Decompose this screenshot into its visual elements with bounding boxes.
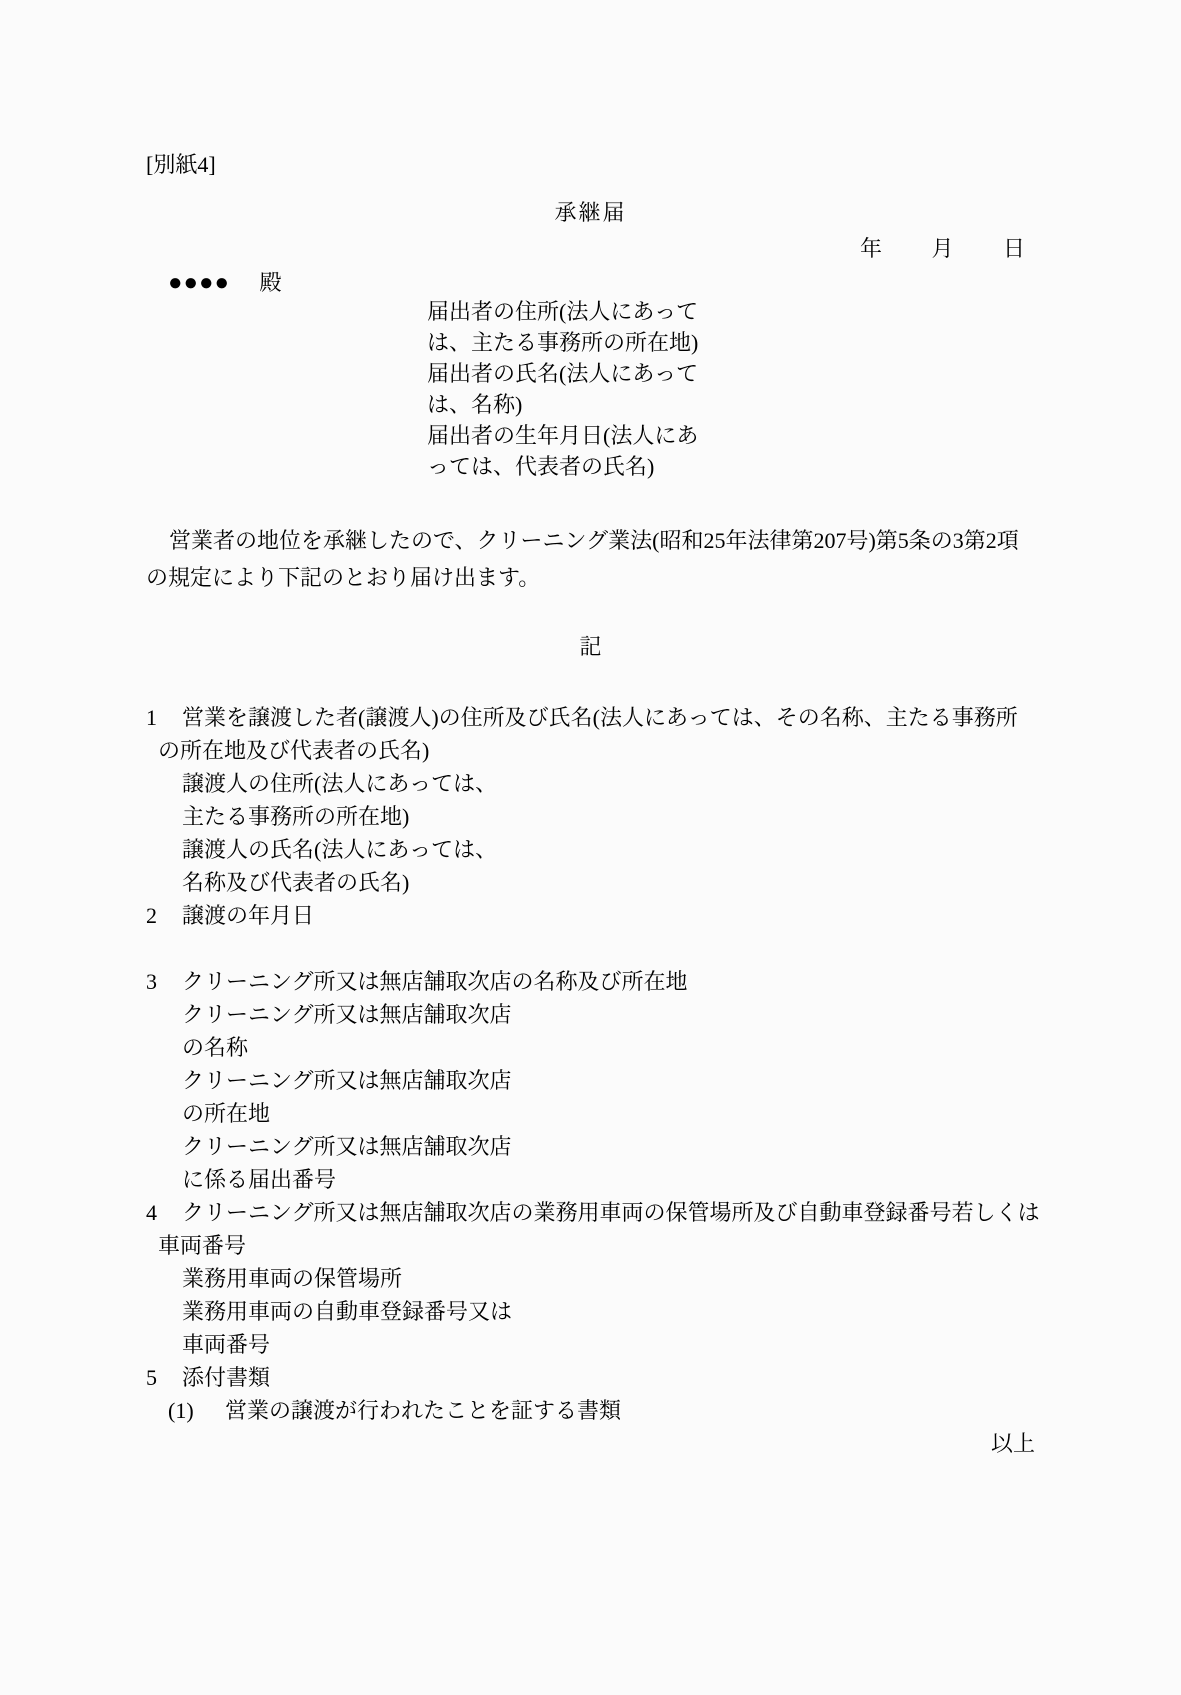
item-list: 1営業を譲渡した者(譲渡人)の住所及び氏名(法人にあっては、その名称、主たる事務… [146,701,1037,1460]
item-4-line: 車両番号 [146,1328,1037,1361]
item-1-line: 譲渡人の氏名(法人にあっては、 [146,833,1037,866]
item-5-line: 5添付書類 [146,1361,1037,1394]
declarant-line: 届出者の生年月日(法人にあ [427,420,698,451]
item-text: 譲渡の年月日 [182,903,314,928]
item-1-line: 名称及び代表者の氏名) [146,866,1037,899]
declarant-info-block: 届出者の住所(法人にあって は、主たる事務所の所在地) 届出者の氏名(法人にあっ… [427,296,698,482]
item-3-line: クリーニング所又は無店舗取次店 [146,1064,1037,1097]
item-3-line: クリーニング所又は無店舗取次店 [146,998,1037,1031]
month-label: 月 [932,232,954,263]
item-text: クリーニング所又は無店舗取次店の名称及び所在地 [182,969,688,994]
sub-item-text: 営業の譲渡が行われたことを証する書類 [225,1398,621,1423]
item-2-line: 2譲渡の年月日 [146,899,1037,932]
item-number: 5 [146,1361,182,1394]
recipient-placeholder-dots: ●●●● [168,270,230,296]
sub-item-number: (1) [168,1394,225,1427]
year-label: 年 [860,232,882,263]
recipient-line: ●●●● 殿 [168,266,282,297]
recipient-honorific: 殿 [259,270,281,295]
paragraph-line: の規定により下記のとおり届け出ます。 [146,559,1066,596]
item-1-line: の所在地及び代表者の氏名) [146,734,1037,767]
item-3-line: の所在地 [146,1097,1037,1130]
item-text: 添付書類 [182,1365,270,1390]
item-text: クリーニング所又は無店舗取次店の業務用車両の保管場所及び自動車登録番号若しくは [182,1200,1040,1225]
document-title: 承継届 [0,196,1181,227]
body-paragraph: 営業者の地位を承継したので、クリーニング業法(昭和25年法律第207号)第5条の… [146,522,1066,596]
item-number: 4 [146,1196,182,1229]
ki-heading: 記 [0,630,1181,661]
declarant-line: 届出者の氏名(法人にあって [427,358,698,389]
paragraph-line: 営業者の地位を承継したので、クリーニング業法(昭和25年法律第207号)第5条の… [146,522,1066,559]
item-1-line: 主たる事務所の所在地) [146,800,1037,833]
item-3-line: に係る届出番号 [146,1163,1037,1196]
declarant-line: っては、代表者の氏名) [427,451,698,482]
item-text: 営業を譲渡した者(譲渡人)の住所及び氏名(法人にあっては、その名称、主たる事務所 [182,705,1018,730]
item-number: 1 [146,701,182,734]
item-5-sub-line: (1)営業の譲渡が行われたことを証する書類 [146,1394,1037,1427]
item-3-line: クリーニング所又は無店舗取次店 [146,1130,1037,1163]
date-line: 年 月 日 [860,232,1025,263]
item-1-line: 1営業を譲渡した者(譲渡人)の住所及び氏名(法人にあっては、その名称、主たる事務… [146,701,1037,734]
item-number: 3 [146,965,182,998]
blank-line [146,932,1037,965]
declarant-line: 届出者の住所(法人にあって [427,296,698,327]
attachment-label: [別紙4] [146,148,216,179]
document-page: [別紙4] 承継届 年 月 日 ●●●● 殿 届出者の住所(法人にあって は、主… [0,0,1181,1695]
item-3-line: 3クリーニング所又は無店舗取次店の名称及び所在地 [146,965,1037,998]
item-4-line: 車両番号 [146,1229,1037,1262]
closing-label: 以上 [146,1427,1037,1460]
declarant-line: は、主たる事務所の所在地) [427,327,698,358]
item-1-line: 譲渡人の住所(法人にあっては、 [146,767,1037,800]
day-label: 日 [1003,232,1025,263]
declarant-line: は、名称) [427,389,698,420]
item-3-line: の名称 [146,1031,1037,1064]
item-number: 2 [146,899,182,932]
item-4-line: 4クリーニング所又は無店舗取次店の業務用車両の保管場所及び自動車登録番号若しくは [146,1196,1037,1229]
item-4-line: 業務用車両の自動車登録番号又は [146,1295,1037,1328]
item-4-line: 業務用車両の保管場所 [146,1262,1037,1295]
